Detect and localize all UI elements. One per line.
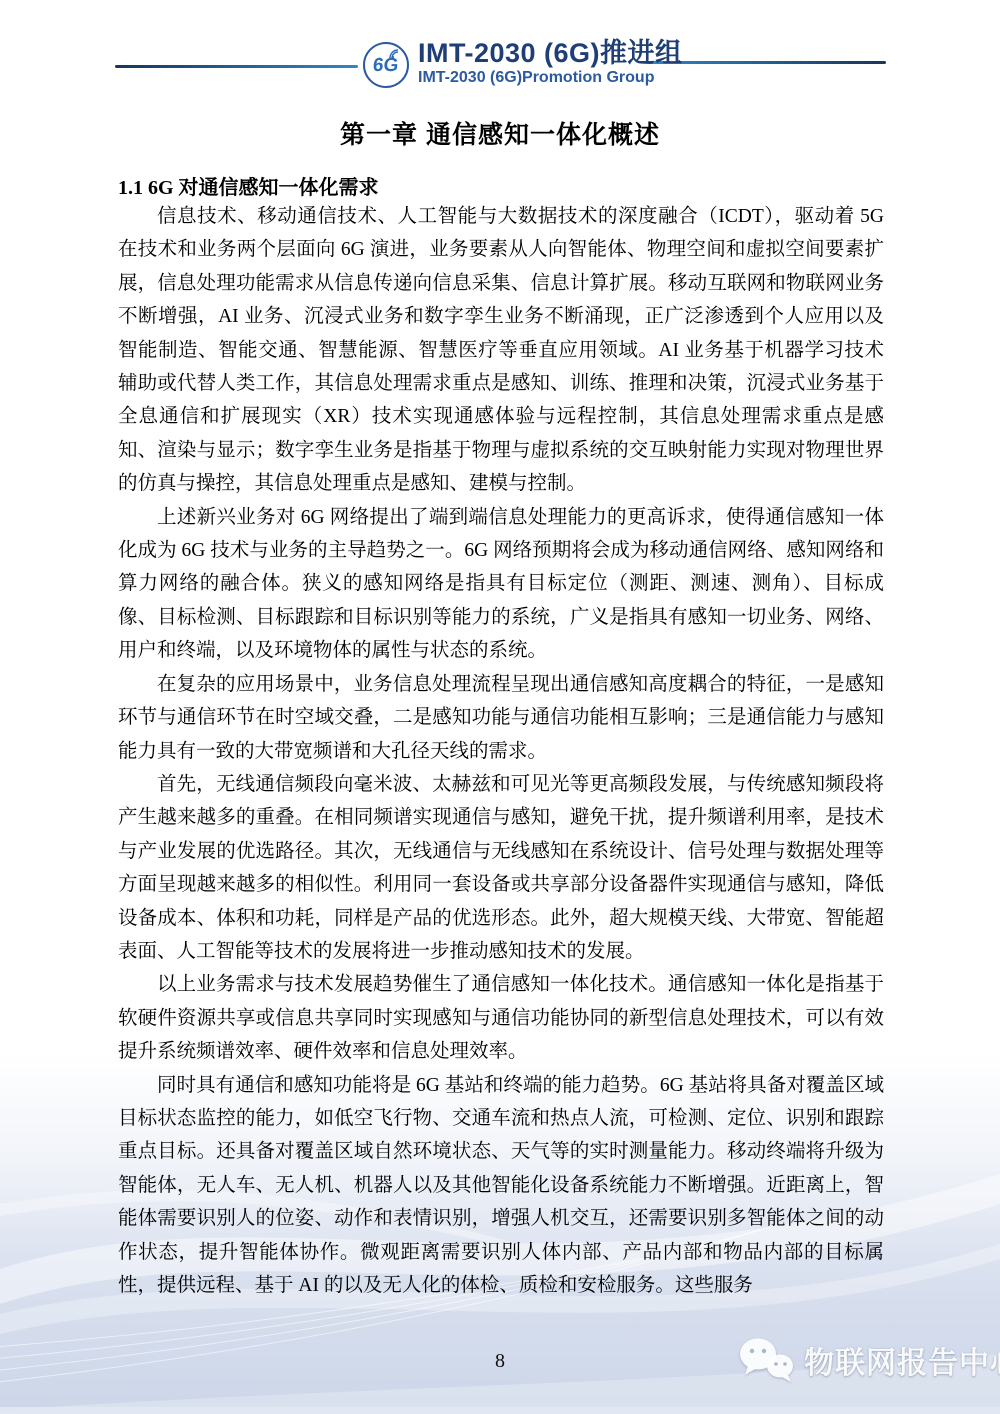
paragraph: 首先，无线通信频段向毫米波、太赫兹和可见光等更高频段发展，与传统感知频段将产生越…	[118, 768, 884, 968]
document-body: 信息技术、移动通信技术、人工智能与大数据技术的深度融合（ICDT），驱动着 5G…	[118, 200, 884, 1302]
bottom-edge-strip	[0, 1407, 1000, 1414]
paragraph: 同时具有通信和感知功能将是 6G 基站和终端的能力趋势。6G 基站将具备对覆盖区…	[118, 1069, 884, 1303]
org-name-cn: IMT-2030 (6G)推进组	[418, 38, 683, 68]
org-name-block: IMT-2030 (6G)推进组 IMT-2030 (6G)Promotion …	[418, 38, 683, 87]
paragraph: 以上业务需求与技术发展趋势催生了通信感知一体化技术。通信感知一体化是指基于软硬件…	[118, 968, 884, 1068]
org-name-en: IMT-2030 (6G)Promotion Group	[418, 68, 683, 87]
section-heading: 1.1 6G 对通信感知一体化需求	[118, 171, 884, 200]
watermark: 物联网报告中心	[738, 1336, 1000, 1384]
imt2030-logo: 6G IMT-2030 (6G)推进组 IMT-2030 (6G)Promoti…	[363, 38, 683, 88]
header-rule-left	[115, 65, 358, 68]
paragraph: 在复杂的应用场景中，业务信息处理流程呈现出通信感知高度耦合的特征，一是感知环节与…	[118, 668, 884, 768]
page-header: 6G IMT-2030 (6G)推进组 IMT-2030 (6G)Promoti…	[0, 34, 1000, 112]
paragraph: 信息技术、移动通信技术、人工智能与大数据技术的深度融合（ICDT），驱动着 5G…	[118, 200, 884, 501]
chapter-title: 第一章 通信感知一体化概述	[0, 115, 1000, 151]
6g-logo-badge-icon: 6G	[363, 42, 409, 88]
document-page: 6G IMT-2030 (6G)推进组 IMT-2030 (6G)Promoti…	[0, 0, 1000, 1414]
signal-waves-icon	[389, 49, 401, 59]
watermark-text: 物联网报告中心	[804, 1338, 1000, 1382]
wechat-icon	[738, 1336, 796, 1384]
paragraph: 上述新兴业务对 6G 网络提出了端到端信息处理能力的更高诉求，使得通信感知一体化…	[118, 501, 884, 668]
